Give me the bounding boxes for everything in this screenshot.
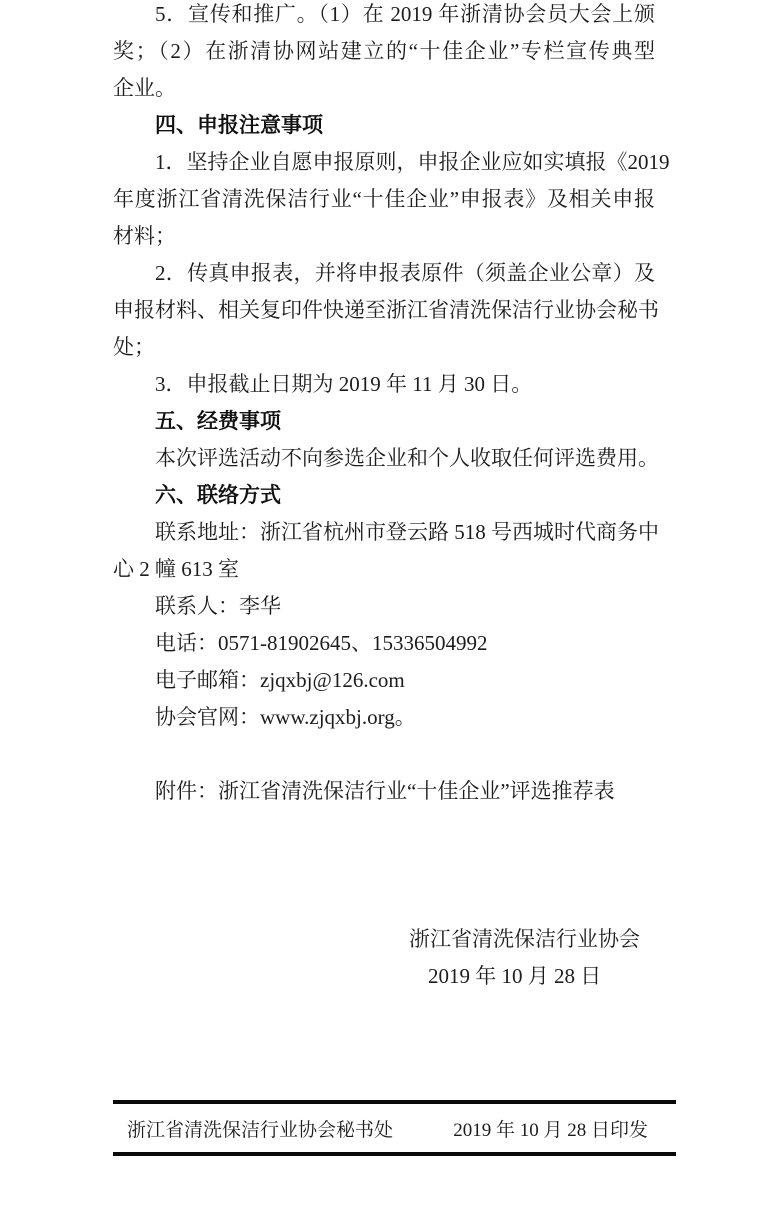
text-line: 电子邮箱：zjqxbj@126.com (113, 662, 655, 699)
blank-line (113, 847, 655, 884)
text-line: 电话：0571-81902645、15336504992 (113, 625, 655, 662)
footer-colophon: 浙江省清洗保洁行业协会秘书处 2019 年 10 月 28 日印发 (113, 1100, 676, 1156)
text-line: 联系地址：浙江省杭州市登云路 518 号西城时代商务中 (113, 514, 655, 551)
text-line: 5．宣传和推广。（1）在 2019 年浙清协会员大会上颁 (113, 0, 655, 33)
text-line: 奖；（2）在浙清协网站建立的“十佳企业”专栏宣传典型 (113, 33, 655, 70)
footer-bottom-rule (113, 1152, 676, 1156)
text-line: 申报材料、相关复印件快递至浙江省清洗保洁行业协会秘书 (113, 292, 655, 329)
blank-line (113, 884, 655, 921)
blank-line (113, 810, 655, 847)
attachment-line: 附件：浙江省清洗保洁行业“十佳企业”评选推荐表 (113, 773, 655, 810)
signature-date-line: 2019 年 10 月 28 日 (113, 958, 655, 995)
text-line: 3．申报截止日期为 2019 年 11 月 30 日。 (113, 366, 655, 403)
blank-line (113, 736, 655, 773)
text-line: 1．坚持企业自愿申报原则，申报企业应如实填报《2019 (113, 144, 655, 181)
text-line: 材料； (113, 218, 655, 255)
text-line: 企业。 (113, 70, 655, 107)
text-line: 协会官网：www.zjqxbj.org。 (113, 699, 655, 736)
text-line: 心 2 幢 613 室 (113, 551, 655, 588)
text-line: 处； (113, 329, 655, 366)
document-page: 5．宣传和推广。（1）在 2019 年浙清协会员大会上颁奖；（2）在浙清协网站建… (0, 0, 760, 1228)
footer-issuer: 浙江省清洗保洁行业协会秘书处 (127, 1115, 393, 1142)
text-line: 联系人：李华 (113, 588, 655, 625)
section-heading: 四、申报注意事项 (113, 107, 655, 144)
text-line: 年度浙江省清洗保洁行业“十佳企业”申报表》及相关申报 (113, 181, 655, 218)
section-heading: 六、联络方式 (113, 477, 655, 514)
footer-row: 浙江省清洗保洁行业协会秘书处 2019 年 10 月 28 日印发 (113, 1104, 676, 1152)
text-line: 本次评选活动不向参选企业和个人收取任何评选费用。 (113, 440, 655, 477)
footer-print-date: 2019 年 10 月 28 日印发 (453, 1115, 648, 1142)
document-body: 5．宣传和推广。（1）在 2019 年浙清协会员大会上颁奖；（2）在浙清协网站建… (0, 0, 760, 995)
text-line: 2．传真申报表，并将申报表原件（须盖企业公章）及 (113, 255, 655, 292)
signature-org-line: 浙江省清洗保洁行业协会 (113, 921, 655, 958)
section-heading: 五、经费事项 (113, 403, 655, 440)
